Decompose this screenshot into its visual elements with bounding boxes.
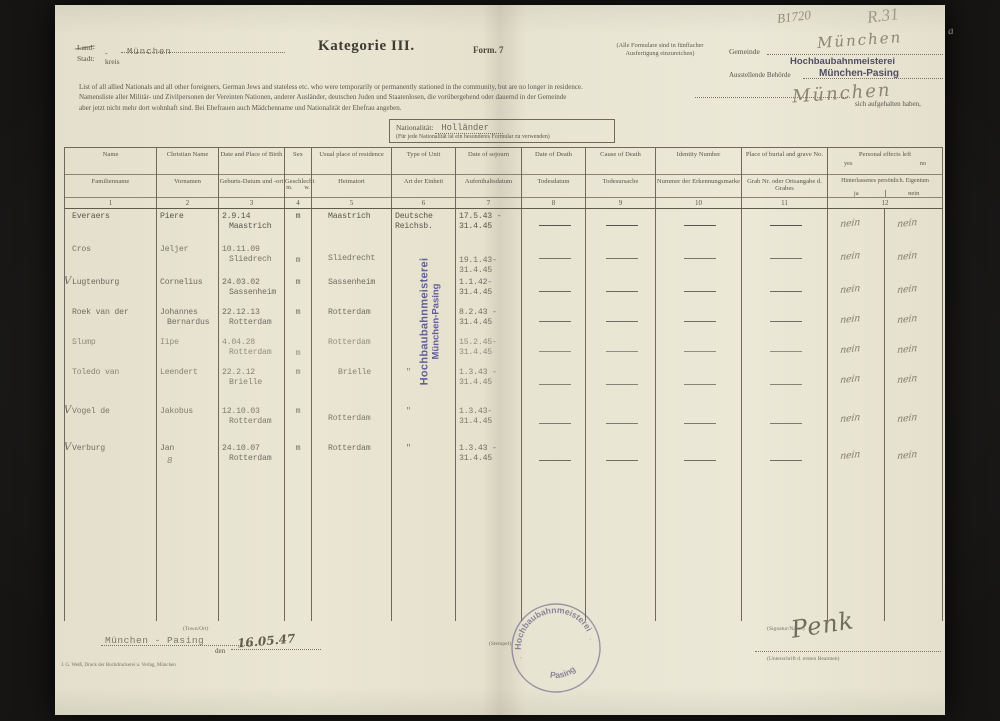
dash-mark — [606, 258, 638, 259]
cell-burial — [742, 242, 828, 275]
nationality-label: Nationalität: — [396, 123, 434, 132]
table-body: Everaers Piere 2.9.14Maastrich m Maastri… — [64, 209, 943, 621]
cell-sojourn: 17.5.43 -31.4.45 — [456, 209, 522, 242]
pencil-mark-r31: R.31 — [866, 4, 900, 28]
cell-given: JohannesBernardus — [157, 305, 219, 335]
svg-text:Pasing: Pasing — [547, 663, 578, 683]
cell-burial — [742, 441, 828, 481]
dash-mark — [684, 321, 716, 322]
dash-mark — [770, 291, 802, 292]
cell-sojourn: 1.3.43 -31.4.45 — [456, 441, 522, 481]
table-header: Name Familienname 1 Christian Name Vorna… — [64, 147, 943, 209]
effects-ja-label: ja — [828, 190, 885, 197]
unit-column-stamp: Hochbaubahnmeisterei München-Pasing — [419, 237, 442, 407]
cell-death-date — [522, 275, 586, 305]
cell-burial — [742, 275, 828, 305]
cell-residence: Sassenheim — [312, 275, 392, 305]
cell-death-cause — [586, 242, 656, 275]
gemeinde-label: Gemeinde — [729, 47, 760, 56]
col-header-identity: Identity Number Nummer der Erkennungsmar… — [656, 148, 742, 208]
cell-effects-nein: nein — [885, 404, 943, 441]
cell-identity — [656, 305, 742, 335]
cell-death-cause — [586, 404, 656, 441]
dash-mark — [606, 351, 638, 352]
dash-mark — [770, 423, 802, 424]
svg-text:·: · — [588, 635, 593, 644]
town-label: (Town/Ort) — [183, 626, 208, 632]
cell-death-date — [522, 404, 586, 441]
dark-background: Land- -kreis Stadt: München Kategorie II… — [0, 0, 1000, 721]
dash-mark — [684, 351, 716, 352]
dash-mark — [606, 384, 638, 385]
cell-effects-nein: nein — [885, 365, 943, 404]
cell-sex: m — [285, 365, 312, 404]
table-row: VVerburg Jan8 24.10.07Rotterdam m Rotter… — [65, 441, 943, 481]
dash-mark — [770, 321, 802, 322]
dash-mark — [770, 351, 802, 352]
cell-death-cause — [586, 441, 656, 481]
intro-line-en: List of all allied Nationals and all oth… — [79, 82, 691, 92]
cell-sojourn: 1.3.43 -31.4.45 — [456, 365, 522, 404]
cell-given: Piere — [157, 209, 219, 242]
col-header-name: Name Familienname 1 — [65, 148, 157, 208]
region-block: Land- -kreis Stadt: — [77, 43, 95, 63]
cell-identity — [656, 209, 742, 242]
cell-effects-ja: nein — [828, 242, 885, 275]
cell-effects-ja: nein — [828, 209, 885, 242]
cell-effects-nein: nein — [885, 441, 943, 481]
cell-name: Cros — [65, 242, 157, 275]
cell-identity — [656, 365, 742, 404]
pencil-mark-number: B1720 — [776, 7, 812, 27]
cell-burial — [742, 305, 828, 335]
cell-sex: m — [285, 305, 312, 335]
col-header-effects: Personal effects left yes no Hinterlasse… — [828, 148, 943, 208]
cell-residence: Rotterdam — [312, 335, 392, 365]
cell-sex: m — [285, 404, 312, 441]
col-header-christian-name: Christian Name Vornamen 2 — [157, 148, 219, 208]
cell-given: Leendert — [157, 365, 219, 404]
region-dotted-line — [121, 52, 285, 53]
dash-mark — [539, 291, 571, 292]
page-title: Kategorie III. — [318, 38, 415, 55]
col-header-sex: Sex Geschlecht m. w. 4 — [285, 148, 312, 208]
intro-line-de2: aber jetzt nicht mehr dort wohnhaft sind… — [79, 103, 691, 113]
dash-mark — [770, 258, 802, 259]
cell-death-date — [522, 365, 586, 404]
dash-mark — [606, 291, 638, 292]
cell-effects-nein: nein — [885, 335, 943, 365]
col-header-birth: Date and Place of Birth Geburts-Datum un… — [219, 148, 285, 208]
cell-death-date — [522, 305, 586, 335]
nationality-note: (Für jede Nationalität ist ein besondere… — [396, 134, 608, 140]
col-header-burial: Place of burial and grave No. Grab Nr. o… — [742, 148, 828, 208]
cell-death-cause — [586, 365, 656, 404]
dash-mark — [684, 291, 716, 292]
cell-effects-ja: nein — [828, 305, 885, 335]
cell-identity — [656, 335, 742, 365]
cell-birth: 10.11.09Sliedrech — [219, 242, 285, 275]
dash-mark — [684, 258, 716, 259]
dash-mark — [684, 460, 716, 461]
cell-burial — [742, 209, 828, 242]
date-dotted-line — [231, 649, 321, 650]
cell-birth: 24.03.02Sassenheim — [219, 275, 285, 305]
scanned-form-page: Land- -kreis Stadt: München Kategorie II… — [55, 5, 945, 715]
cell-identity — [656, 275, 742, 305]
cell-name: Everaers — [65, 209, 157, 242]
cell-death-cause — [586, 305, 656, 335]
persons-table: Name Familienname 1 Christian Name Vorna… — [64, 147, 943, 621]
cell-given: Cornelius — [157, 275, 219, 305]
cell-sex: m — [285, 441, 312, 481]
empty-table-rows — [65, 481, 943, 621]
cell-death-date — [522, 335, 586, 365]
cell-death-cause — [586, 335, 656, 365]
cell-given: Jakobus — [157, 404, 219, 441]
cell-given: Jan8 — [157, 441, 219, 481]
dash-mark — [770, 384, 802, 385]
dash-mark — [684, 384, 716, 385]
table-row: Everaers Piere 2.9.14Maastrich m Maastri… — [65, 209, 943, 242]
cell-birth: 12.10.03Rotterdam — [219, 404, 285, 441]
col-header-sojourn: Date of sojourn Aufenthaltsdatum 7 — [456, 148, 522, 208]
cell-name: Roek van der — [65, 305, 157, 335]
stadt-label: Stadt: — [77, 54, 95, 63]
dash-mark — [539, 321, 571, 322]
dash-mark — [770, 225, 802, 226]
cell-death-date — [522, 441, 586, 481]
dash-mark — [539, 351, 571, 352]
cell-effects-ja: nein — [828, 365, 885, 404]
col-header-residence: Usual place of residence Heimatort 5 — [312, 148, 392, 208]
dash-mark — [539, 423, 571, 424]
effects-yes-label: yes — [844, 160, 852, 168]
cell-sojourn: 8.2.43 -31.4.45 — [456, 305, 522, 335]
pencil-mark-corner: a — [947, 25, 954, 38]
form-number: Form. 7 — [473, 45, 504, 55]
cell-sojourn: 19.1.43-31.4.45 — [456, 242, 522, 275]
table-row: Roek van der JohannesBernardus 22.12.13R… — [65, 305, 943, 335]
table-row: Cros Jeljer 10.11.09Sliedrech m Sliedrec… — [65, 242, 943, 275]
cell-identity — [656, 441, 742, 481]
cell-effects-nein: nein — [885, 209, 943, 242]
cell-name: VVogel de — [65, 404, 157, 441]
cell-effects-nein: nein — [885, 305, 943, 335]
cell-residence: Rotterdam — [312, 305, 392, 335]
behoerde-label: Ausstellende Behörde — [729, 71, 791, 79]
cell-residence: Rotterdam — [312, 441, 392, 481]
cell-effects-ja: nein — [828, 441, 885, 481]
cell-given: Jeljer — [157, 242, 219, 275]
table-row: VVogel de Jakobus 12.10.03Rotterdam m Ro… — [65, 404, 943, 441]
cell-name: VLugtenburg — [65, 275, 157, 305]
nationality-box: Nationalität: Holländer (Für jede Nation… — [389, 119, 615, 143]
land-label: Land- — [77, 43, 95, 52]
intro-line-de1: Namensliste aller Militär- und Zivilpers… — [79, 92, 691, 102]
place-dotted-line — [101, 645, 253, 646]
cell-birth: 22.2.12Brielle — [219, 365, 285, 404]
cell-residence: Rotterdam — [312, 404, 392, 441]
den-label: den — [215, 647, 225, 655]
cell-effects-ja: nein — [828, 404, 885, 441]
cell-name: Toledo van — [65, 365, 157, 404]
cell-identity — [656, 242, 742, 275]
nationality-value: Holländer — [435, 123, 503, 134]
gemeinde-handwritten: München — [816, 28, 902, 52]
cell-birth: 22.12.13Rotterdam — [219, 305, 285, 335]
cell-burial — [742, 335, 828, 365]
dash-mark — [606, 225, 638, 226]
dash-mark — [770, 460, 802, 461]
cell-unit: " — [392, 441, 456, 481]
col-header-death-date: Date of Death Todesdatum 8 — [522, 148, 586, 208]
cell-death-date — [522, 242, 586, 275]
cell-sex: m — [285, 242, 312, 275]
copies-note-line2: Ausfertigung einzureichen) — [580, 50, 740, 58]
cell-sex: m — [285, 275, 312, 305]
gemeinde-stamp: Hochbaubahnmeisterei — [790, 56, 895, 67]
cell-effects-nein: nein — [885, 275, 943, 305]
signature-dotted-line — [755, 651, 941, 652]
cell-residence: Maastrich — [312, 209, 392, 242]
cell-burial — [742, 365, 828, 404]
cell-burial — [742, 404, 828, 441]
dash-mark — [539, 460, 571, 461]
copies-note: (Alle Formulare sind in fünffacher Ausfe… — [580, 42, 740, 57]
cell-residence: Brielle — [312, 365, 392, 404]
dash-mark — [684, 423, 716, 424]
cell-birth: 24.10.07Rotterdam — [219, 441, 285, 481]
effects-no-label: no — [920, 160, 926, 168]
behoerde-stamp: München-Pasing — [819, 68, 899, 79]
cell-unit: " — [392, 404, 456, 441]
cell-effects-nein: nein — [885, 242, 943, 275]
signature-caption: (Unterschrift d. ersten Beamten) — [767, 656, 839, 662]
cell-residence: Sliedrecht — [312, 242, 392, 275]
table-row: Slump Iipe 4.04.28Rotterdam m Rotterdam … — [65, 335, 943, 365]
dash-mark — [684, 225, 716, 226]
cell-sojourn: 1.1.42-31.4.45 — [456, 275, 522, 305]
gemeinde-dotted-line — [767, 54, 943, 55]
date-handwritten: 16.05.47 — [237, 631, 296, 650]
pencil-squiggle: 8 — [167, 457, 172, 467]
dash-mark — [539, 258, 571, 259]
cell-sex: m — [285, 209, 312, 242]
dash-mark — [606, 321, 638, 322]
cell-effects-ja: nein — [828, 335, 885, 365]
dash-mark — [539, 384, 571, 385]
effects-nein-label: nein — [885, 190, 943, 197]
dash-mark — [606, 423, 638, 424]
cell-death-cause — [586, 209, 656, 242]
cell-identity — [656, 404, 742, 441]
table-row: VLugtenburg Cornelius 24.03.02Sassenheim… — [65, 275, 943, 305]
cell-death-cause — [586, 275, 656, 305]
dash-mark — [539, 225, 571, 226]
cell-name: VVerburg — [65, 441, 157, 481]
cell-birth: 2.9.14Maastrich — [219, 209, 285, 242]
cell-death-date — [522, 209, 586, 242]
printer-imprint: J. G. Weiß, Druck der Buchdruckerei u. V… — [61, 663, 176, 668]
cell-given: Iipe — [157, 335, 219, 365]
col-header-unit: Type of Unit Art der Einheit 6 — [392, 148, 456, 208]
kreis-label: -kreis — [105, 48, 120, 66]
col-header-death-cause: Cause of Death Todesursache 9 — [586, 148, 656, 208]
table-row: Toledo van Leendert 22.2.12Brielle m Bri… — [65, 365, 943, 404]
dash-mark — [606, 460, 638, 461]
svg-text:·: · — [518, 653, 523, 662]
cell-sojourn: 1.3.43-31.4.45 — [456, 404, 522, 441]
intro-line-de1-end: sich aufgehalten haben, — [855, 100, 921, 108]
cell-sex: m — [285, 335, 312, 365]
cell-sojourn: 15.2.45-31.4.45 — [456, 335, 522, 365]
cell-name: Slump — [65, 335, 157, 365]
copies-note-line1: (Alle Formulare sind in fünffacher — [580, 42, 740, 50]
cell-effects-ja: nein — [828, 275, 885, 305]
cell-birth: 4.04.28Rotterdam — [219, 335, 285, 365]
intro-paragraph: List of all allied Nationals and all oth… — [79, 82, 691, 113]
